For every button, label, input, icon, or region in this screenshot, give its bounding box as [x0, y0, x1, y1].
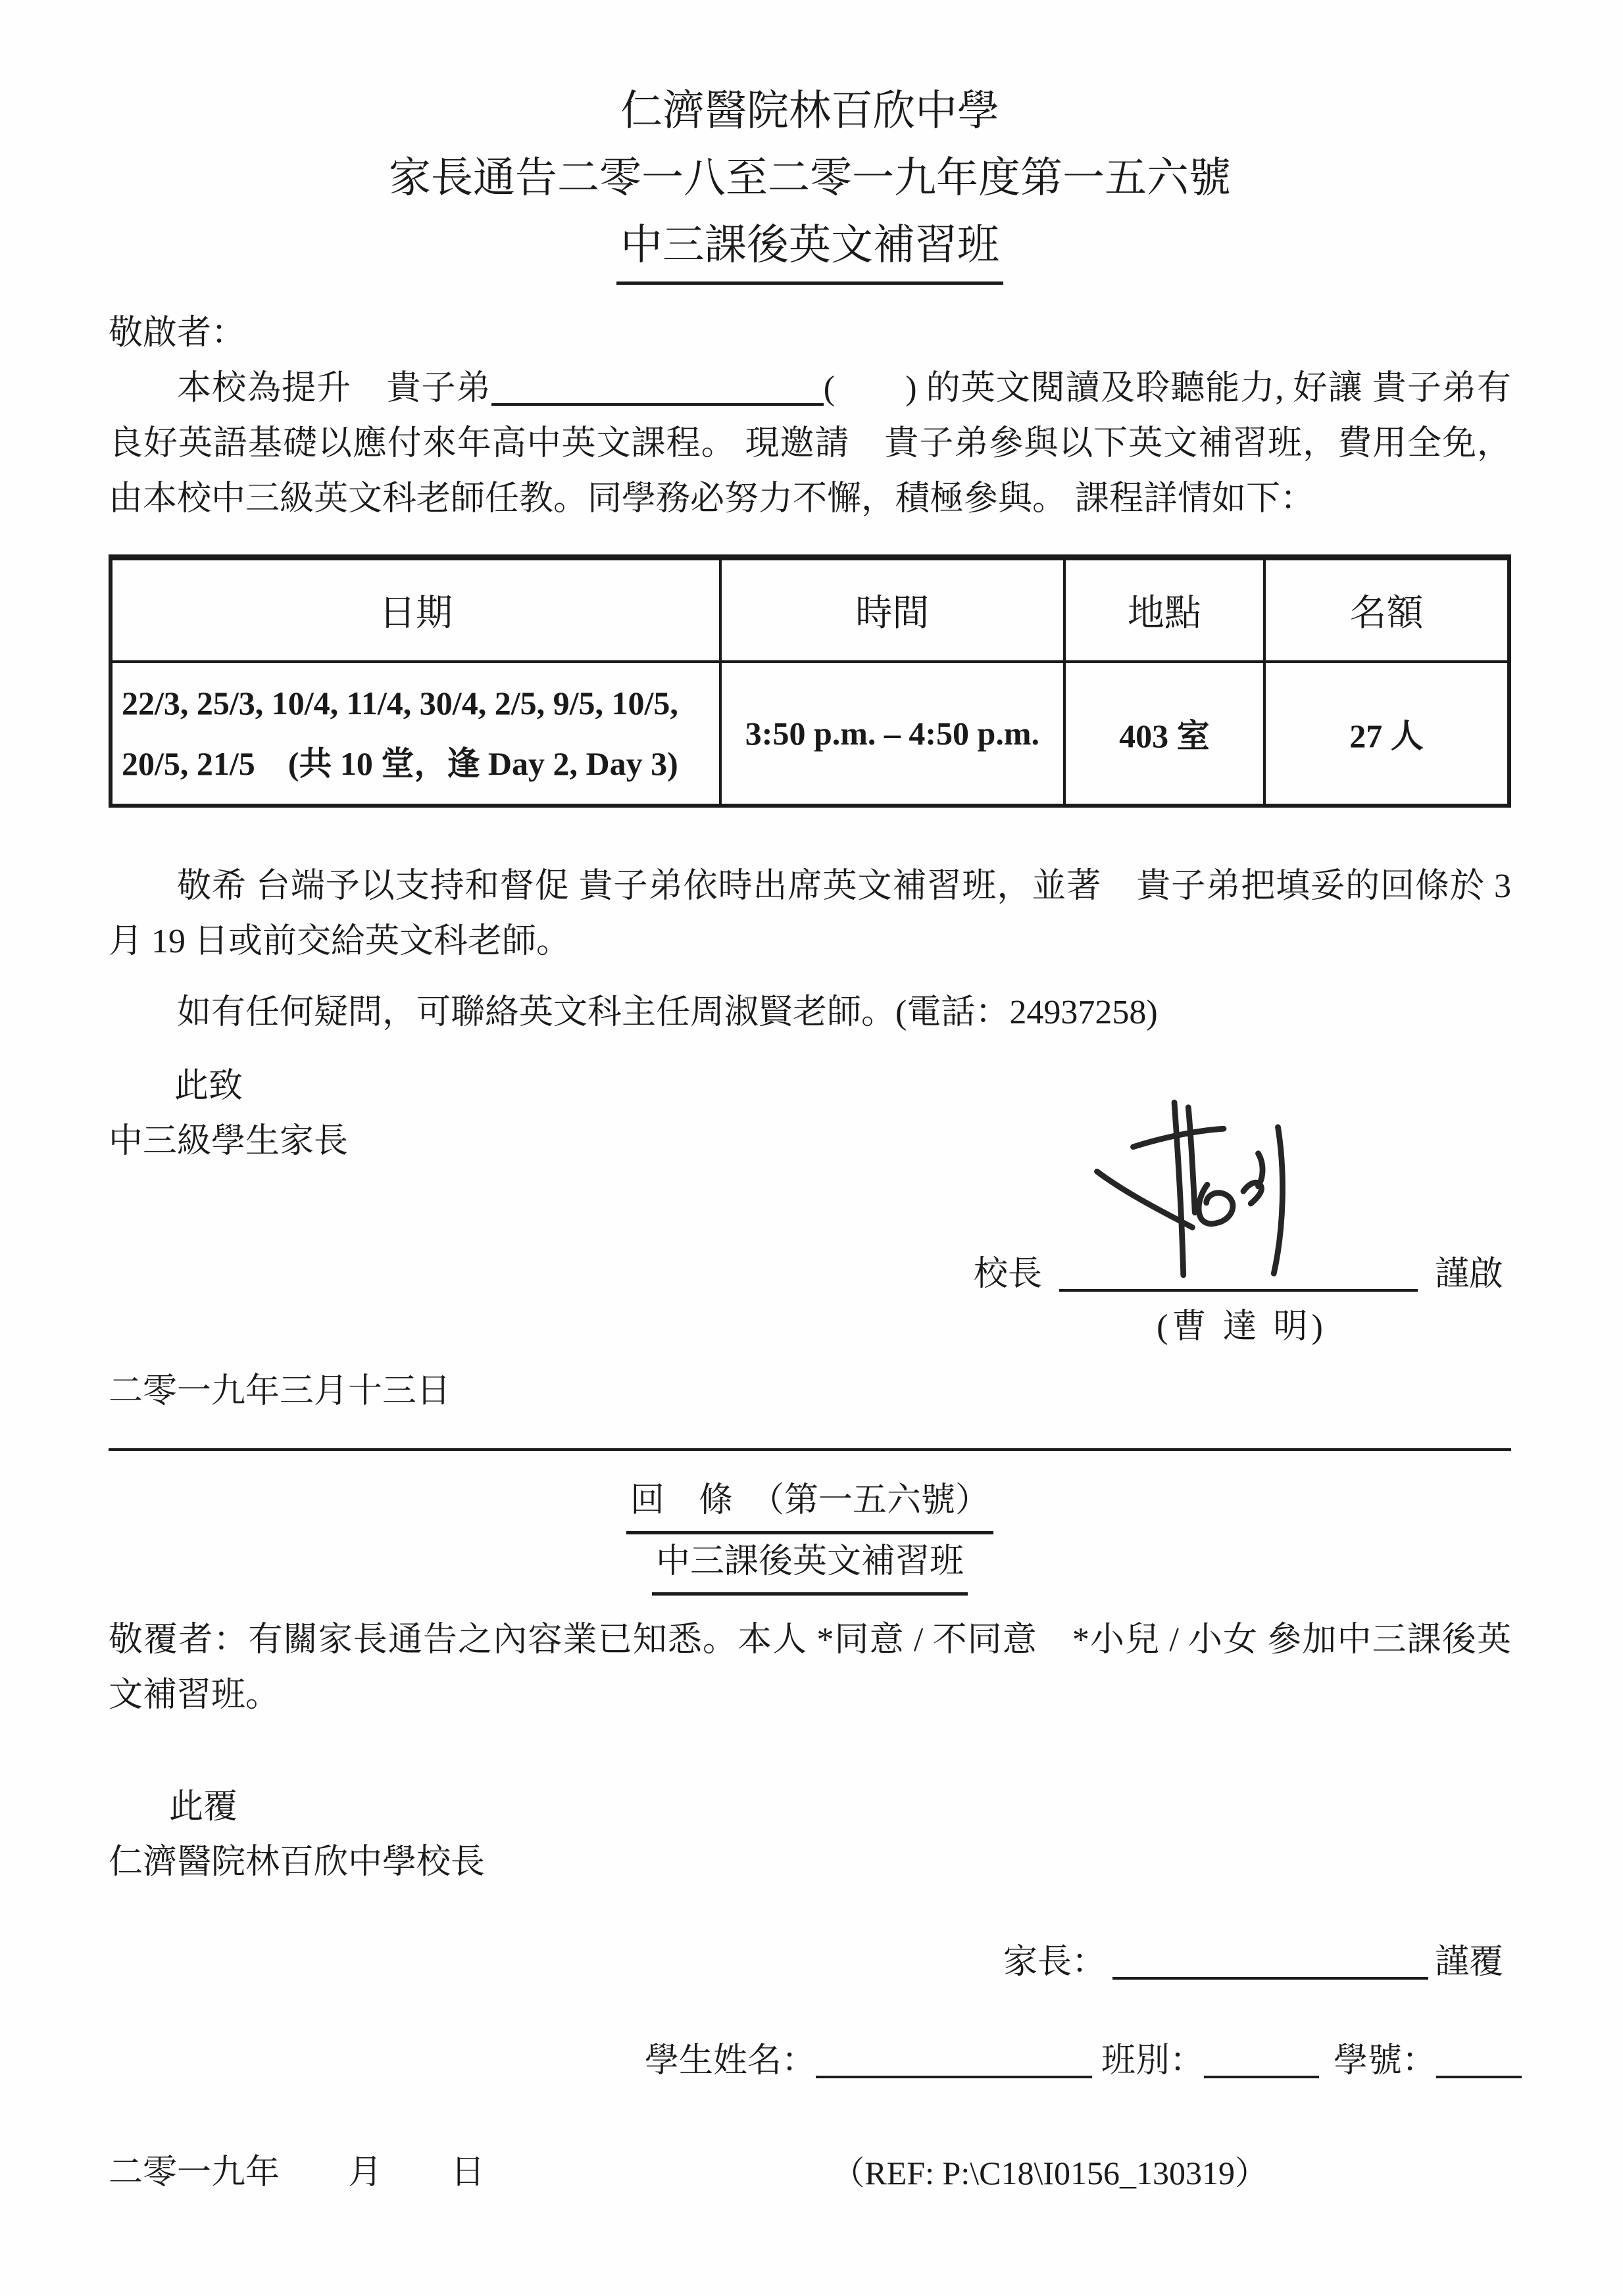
reply-date-blank: 二零一九年 月 日 — [109, 2145, 485, 2201]
table-header-date: 日期 — [111, 558, 720, 662]
course-table: 日期 時間 地點 名額 22/3, 25/3, 10/4, 11/4, 30/4… — [109, 554, 1511, 808]
reply-closing-recipient: 仁濟醫院林百欣中學校長 — [109, 1835, 1514, 1890]
respectfully-label: 謹啟 — [1435, 1256, 1503, 1293]
signature-scribble-icon — [1082, 1095, 1345, 1292]
reply-slip-subtitle: 中三課後英文補習班 — [109, 1534, 1511, 1596]
parent-signature-row: 家長：謹覆 — [1003, 1935, 1514, 1990]
subject-title-text: 中三課後英文補習班 — [616, 212, 1003, 285]
table-header-quota: 名額 — [1264, 558, 1509, 662]
table-header-time: 時間 — [720, 558, 1064, 662]
intro-paragraph: 本校為提升 貴子弟( ) 的英文閱讀及聆聽能力, 好讓 貴子弟有良好英語基礎以應… — [109, 361, 1511, 527]
parent-signature-blank — [1112, 1977, 1428, 1980]
student-name-blank — [816, 2076, 1092, 2078]
contact-paragraph: 如有任何疑問，可聯絡英文科主任周淑賢老師。(電話：24937258) — [109, 985, 1511, 1040]
table-data-row: 22/3, 25/3, 10/4, 11/4, 30/4, 2/5, 9/5, … — [111, 662, 1509, 806]
support-paragraph: 敬希 台端予以支持和督促 貴子弟依時出席英文補習班，並著 貴子弟把填妥的回條於 … — [109, 859, 1511, 969]
student-number-label: 學號： — [1334, 2042, 1436, 2080]
notice-number: 家長通告二零一八至二零一九年度第一五六號 — [109, 145, 1511, 212]
student-name-label: 學生姓名： — [645, 2042, 816, 2080]
table-cell-quota: 27 人 — [1264, 662, 1509, 806]
footer-row: 二零一九年 月 日 （REF: P:\C18\I0156_130319） — [109, 2145, 1511, 2201]
subject-title: 中三課後英文補習班 — [109, 212, 1511, 285]
principal-name: (曹 達 明) — [1062, 1302, 1421, 1352]
parent-label: 家長： — [1003, 1943, 1106, 1981]
tear-line-divider — [109, 1448, 1511, 1451]
student-name-blank-line — [491, 403, 824, 406]
reply-subtitle-text: 中三課後英文補習班 — [652, 1534, 968, 1596]
reply-closing-phrase: 此覆 — [169, 1780, 1514, 1835]
table-header-venue: 地點 — [1064, 558, 1264, 662]
class-number-bracket: ( ) — [824, 370, 917, 407]
school-name: 仁濟醫院林百欣中學 — [109, 78, 1511, 145]
table-header-row: 日期 時間 地點 名額 — [111, 558, 1509, 662]
reply-slip-title: 回 條 （第一五六號） — [109, 1473, 1511, 1534]
student-info-row: 學生姓名：班別：學號： — [645, 2034, 1514, 2089]
notice-header: 仁濟醫院林百欣中學 家長通告二零一八至二零一九年度第一五六號 中三課後英文補習班 — [109, 0, 1511, 285]
reference-code: （REF: P:\C18\I0156_130319） — [832, 2145, 1268, 2201]
reply-body-paragraph: 敬覆者：有關家長通告之內容業已知悉。本人 *同意 / 不同意 *小兒 / 小女 … — [109, 1613, 1511, 1723]
table-cell-time: 3:50 p.m. – 4:50 p.m. — [720, 662, 1064, 806]
salutation: 敬啟者： — [109, 306, 1511, 361]
intro-text-before: 本校為提升 貴子弟 — [177, 370, 491, 407]
document-page: 仁濟醫院林百欣中學 家長通告二零一八至二零一九年度第一五六號 中三課後英文補習班… — [0, 0, 1623, 2296]
reply-title-text: 回 條 （第一五六號） — [626, 1473, 993, 1534]
table-cell-venue: 403 室 — [1064, 662, 1264, 806]
student-number-blank — [1436, 2076, 1522, 2078]
class-blank — [1204, 2076, 1319, 2078]
principal-label: 校長 — [974, 1256, 1042, 1293]
class-label: 班別： — [1101, 2042, 1204, 2080]
parent-respectfully-label: 謹覆 — [1435, 1943, 1503, 1981]
issue-date: 二零一九年三月十三日 — [109, 1364, 1514, 1419]
table-cell-dates: 22/3, 25/3, 10/4, 11/4, 30/4, 2/5, 9/5, … — [111, 662, 720, 806]
